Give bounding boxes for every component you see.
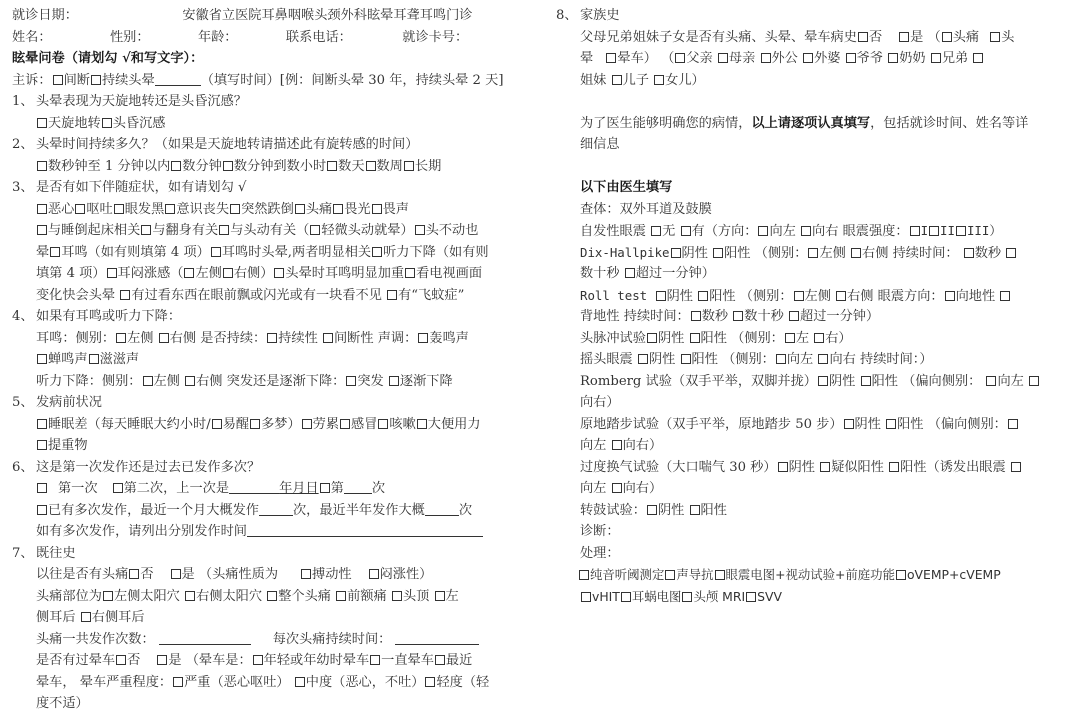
- checkbox-fatigue[interactable]: [302, 419, 312, 429]
- option-mother: 母亲: [729, 51, 760, 66]
- q5-question: 5、发病前状况: [12, 392, 532, 414]
- checkbox-tinnitus[interactable]: [50, 247, 60, 257]
- option-blackout: 眼发黑: [125, 202, 165, 217]
- checkbox-dreams[interactable]: [250, 419, 260, 429]
- count-suffix: 次: [459, 503, 472, 518]
- checkbox-vertex[interactable]: [392, 591, 402, 601]
- checkbox-hearing-gradual[interactable]: [389, 376, 399, 386]
- q3-question: 3、是否有如下伴随症状，如有请划勾 √: [12, 177, 532, 199]
- option-roll-geo: 向地性: [956, 289, 1000, 304]
- checkbox-roll-tens[interactable]: [733, 311, 743, 321]
- blank-headache-duration[interactable]: [395, 631, 479, 645]
- option-tympanometry: 声导抗: [676, 567, 713, 582]
- option-right-temple: 右侧太阳穴: [196, 589, 266, 604]
- q7-motion-row-3: 度不适）: [12, 693, 532, 709]
- option-stepping-neg: 阴性: [855, 417, 886, 432]
- option-fullness-left: 左侧: [195, 266, 221, 281]
- q8-text: 家族史: [580, 8, 620, 23]
- option-tinnitus: 耳鸣（如有则填第 4 项）: [61, 245, 210, 260]
- checkbox-right-temple[interactable]: [185, 591, 195, 601]
- checkbox-motion-yes[interactable]: [157, 655, 167, 665]
- option-continuous: 持续头晕: [102, 73, 155, 88]
- checkbox-mri[interactable]: [682, 592, 692, 602]
- checkbox-lifting[interactable]: [37, 440, 47, 450]
- stepping-label: 原地踏步试验（双手平举，原地踏步 50 步）: [580, 417, 843, 432]
- option-still-dizzy: 头不动也: [426, 223, 479, 238]
- option-roll-secs: 数秒: [702, 309, 733, 324]
- checkbox-eng[interactable]: [715, 570, 725, 580]
- rotating-drum-row: 转鼓试验：阴性 阳性: [556, 500, 1068, 522]
- q2-text: 头晕时间持续多久？（如果是天旋地转请描述此有旋转感的时间）: [36, 137, 418, 152]
- option-paternal-grandma: 奶奶: [899, 51, 930, 66]
- checkbox-maternal-grandma[interactable]: [803, 53, 813, 63]
- checkbox-tone-cicada[interactable]: [37, 354, 47, 364]
- checkbox-headache-no[interactable]: [129, 569, 139, 579]
- option-roll-left: 左侧: [805, 289, 836, 304]
- q8-row-2: 晕 晕车） （父亲 母亲 外公 外婆 爷爷 奶奶 兄弟: [556, 48, 1068, 70]
- checkbox-floaters[interactable]: [387, 290, 397, 300]
- checkbox-phonophobia[interactable]: [372, 204, 382, 214]
- checkbox-turn-related[interactable]: [141, 225, 151, 235]
- option-hearing-gradual: 逐渐下降: [400, 374, 453, 389]
- checkbox-forehead[interactable]: [336, 591, 346, 601]
- checkbox-roll-ageo[interactable]: [1000, 291, 1010, 301]
- checkbox-cough[interactable]: [378, 419, 388, 429]
- checkbox-roll-right[interactable]: [836, 291, 846, 301]
- blank-halfyear-count[interactable]: [425, 502, 459, 516]
- checkbox-second-episode[interactable]: [113, 483, 123, 493]
- checkbox-vhit[interactable]: [581, 592, 591, 602]
- checkbox-cold[interactable]: [340, 419, 350, 429]
- checkbox-paternal-grandpa[interactable]: [846, 53, 856, 63]
- checkbox-roll-neg[interactable]: [656, 291, 666, 301]
- checkbox-pure-tone[interactable]: [579, 570, 589, 580]
- tests-row-2: vHIT耳蜗电图头颅 MRISVV: [556, 586, 1068, 608]
- checkbox-hyperv-pos[interactable]: [889, 462, 899, 472]
- spontaneous-nystagmus-row: 自发性眼震 无 有（方向：向左 向右 眼震强度：IIIIII）: [556, 220, 1068, 242]
- roll-test-label: Roll test: [580, 288, 655, 303]
- checkbox-dix-tens[interactable]: [1006, 248, 1016, 258]
- checkbox-dix-over[interactable]: [625, 268, 635, 278]
- checkbox-maternal-grandpa[interactable]: [761, 53, 771, 63]
- head-shake-label: 摇头眼震: [580, 352, 637, 367]
- checkbox-hyperv-right[interactable]: [612, 483, 622, 493]
- tests-row-1: 纯音听阈测定声导抗眼震电图+视动试验+前庭功能oVEMP+cVEMP: [556, 564, 1068, 586]
- q3-number: 3、: [12, 177, 36, 199]
- q3-row-5: 变化快会头晕 有过看东西在眼前飘或闪光或有一块看不见 有“飞蚊症”: [12, 285, 532, 307]
- checkbox-spont-has[interactable]: [681, 226, 691, 236]
- checkbox-drum-pos[interactable]: [690, 505, 700, 515]
- checkbox-tinnitus-left[interactable]: [116, 333, 126, 343]
- option-spont-left: 向左: [769, 224, 800, 239]
- checkbox-tv-dizzy[interactable]: [405, 268, 415, 278]
- option-paternal-grandpa: 爷爷: [857, 51, 888, 66]
- blank-episode-list[interactable]: [247, 523, 483, 537]
- checkbox-family-yes[interactable]: [899, 32, 909, 42]
- checkbox-hyperv-neg[interactable]: [778, 462, 788, 472]
- option-spont-right: 向右 眼震强度：: [812, 224, 909, 239]
- checkbox-hyperv-susp[interactable]: [820, 462, 830, 472]
- checkbox-tinnitus-worse[interactable]: [274, 268, 284, 278]
- checkbox-dix-right[interactable]: [851, 248, 861, 258]
- option-tv-dizzy: 看电视画面: [416, 266, 482, 281]
- q2-question: 2、头晕时间持续多久？（如果是天旋地转请描述此有旋转感的时间）: [12, 134, 532, 156]
- option-father: 父亲: [686, 51, 717, 66]
- checkbox-tinnitus-related[interactable]: [211, 247, 221, 257]
- checkbox-stepping-neg[interactable]: [844, 419, 854, 429]
- option-distending: 闷涨性）: [380, 567, 433, 582]
- checkbox-poor-sleep[interactable]: [37, 419, 47, 429]
- checkbox-tinnitus-persistent[interactable]: [267, 333, 277, 343]
- checkbox-vemp[interactable]: [896, 570, 906, 580]
- checkbox-tinnitus-right[interactable]: [159, 333, 169, 343]
- checkbox-headache-yes[interactable]: [171, 569, 181, 579]
- option-photophobia: 畏光: [344, 202, 370, 217]
- checkbox-tinnitus-intermittent[interactable]: [323, 333, 333, 343]
- q4-tinnitus-row: 耳鸣：侧别：左侧 右侧 是否持续：持续性 间断性 声调：轰鸣声: [12, 328, 532, 350]
- q3-row-1: 恶心呕吐眼发黑意识丧失突然跌倒头痛畏光畏声: [12, 199, 532, 221]
- checkbox-headache[interactable]: [295, 204, 305, 214]
- checkbox-hearing-loss[interactable]: [372, 247, 382, 257]
- checkbox-duration-long[interactable]: [404, 161, 414, 171]
- checkbox-motion-mild[interactable]: [425, 677, 435, 687]
- checkbox-left-temple[interactable]: [103, 591, 113, 601]
- checkbox-father[interactable]: [675, 53, 685, 63]
- option-headache-yes: 是 （头痛性质为: [182, 567, 279, 582]
- checkbox-fall[interactable]: [230, 204, 240, 214]
- q7-location-row-2: 侧耳后 右侧耳后: [12, 607, 532, 629]
- checkbox-hit-pos[interactable]: [690, 333, 700, 343]
- checkbox-motion-moderate[interactable]: [295, 677, 305, 687]
- checkbox-motion-young[interactable]: [253, 655, 263, 665]
- option-vemp: oVEMP+cVEMP: [907, 567, 1001, 582]
- q3-row-4: 填第 4 项）耳闷涨感（左侧右侧）头晕时耳鸣明显加重看电视画面: [12, 263, 532, 285]
- checkbox-duration-days[interactable]: [327, 161, 337, 171]
- checkbox-lightheaded[interactable]: [102, 118, 112, 128]
- q5-text: 发病前状况: [36, 395, 102, 410]
- checkbox-shake-pos[interactable]: [681, 354, 691, 364]
- option-duration-minutes: 数分钟: [182, 159, 222, 174]
- q1-question: 1、头晕表现为天旋地转还是头昏沉感？: [12, 91, 532, 113]
- checkbox-mother[interactable]: [718, 53, 728, 63]
- option-head-motion: 与头动有关（: [230, 223, 309, 238]
- option-dreams: 多梦）: [261, 417, 301, 432]
- checkbox-dix-neg[interactable]: [671, 248, 681, 258]
- blank-last-episode[interactable]: [229, 480, 279, 494]
- checkbox-motion-no[interactable]: [116, 655, 126, 665]
- option-tone-roar: 轰鸣声: [429, 331, 469, 346]
- tinnitus-side-label: 耳鸣：侧别：: [36, 331, 115, 346]
- q7-motion-row-2: 晕车， 晕车严重程度：严重（恶心呕吐） 中度（恶心，不吐）轻度（轻: [12, 672, 532, 694]
- option-dix-left: 左侧: [819, 246, 850, 261]
- treatment-row: 处理：: [556, 543, 1068, 565]
- option-brother: 兄弟: [942, 51, 973, 66]
- name-label: 姓名：: [12, 30, 52, 45]
- option-wakes-easily: 易醒: [223, 417, 249, 432]
- checkbox-right-postauricular[interactable]: [81, 612, 91, 622]
- checkbox-fullness-left[interactable]: [184, 268, 194, 278]
- option-hit-pos: 阳性 （侧别：: [701, 331, 784, 346]
- checkbox-ecochg[interactable]: [621, 592, 631, 602]
- checkbox-dix-left[interactable]: [808, 248, 818, 258]
- option-hyperv-right: 向右）: [623, 481, 663, 496]
- spacer: [556, 91, 1068, 113]
- checkbox-stepping-left[interactable]: [1008, 419, 1018, 429]
- checkbox-paternal-grandma[interactable]: [888, 53, 898, 63]
- checkbox-whole-head[interactable]: [267, 591, 277, 601]
- option-floaters: 有“飞蚊症”: [398, 288, 464, 303]
- headache-duration-label: 每次头痛持续时间：: [273, 632, 392, 647]
- checkbox-multiple-episodes[interactable]: [37, 505, 47, 515]
- checkbox-son[interactable]: [612, 75, 622, 85]
- option-throbbing: 搏动性: [312, 567, 352, 582]
- q6-row-1: 第一次第二次，上一次是年月日第次: [12, 478, 532, 500]
- checkbox-spont-left[interactable]: [758, 226, 768, 236]
- checkbox-head-motion[interactable]: [219, 225, 229, 235]
- option-family-dizzy: 头: [1001, 30, 1014, 45]
- checkbox-motion-recent[interactable]: [435, 655, 445, 665]
- checkbox-still-dizzy[interactable]: [415, 225, 425, 235]
- checkbox-tone-hiss[interactable]: [89, 354, 99, 364]
- option-pure-tone: 纯音听阈测定: [590, 567, 664, 582]
- checkbox-intermittent[interactable]: [53, 75, 63, 85]
- checkbox-sister[interactable]: [973, 53, 983, 63]
- option-whole-head: 整个头痛: [278, 589, 335, 604]
- q7-motion-row-1: 是否有过晕车否是 （晕车是：年轻或年幼时晕车一直晕车最近: [12, 650, 532, 672]
- questionnaire-title: 眩晕问卷（请划勾 √和写文字）：: [12, 48, 532, 70]
- checkbox-tympanometry[interactable]: [665, 570, 675, 580]
- option-motion-mild-cont: 度不适）: [36, 696, 89, 709]
- option-tinnitus-related: 耳鸣时头晕,两者明显相关: [222, 245, 371, 260]
- checkbox-throbbing[interactable]: [301, 569, 311, 579]
- checkbox-nth-episode[interactable]: [320, 483, 330, 493]
- checkbox-spont-none[interactable]: [651, 226, 661, 236]
- headache-history-label: 以往是否有头痛: [36, 567, 128, 582]
- nth-suffix: 次: [372, 481, 385, 496]
- option-dix-pos: 阳性 （侧别：: [724, 246, 807, 261]
- option-fullness-right: 右侧）: [234, 266, 274, 281]
- option-headache: 头痛: [306, 202, 332, 217]
- checkbox-bed-related[interactable]: [37, 225, 47, 235]
- checkbox-hyperv-left[interactable]: [1011, 462, 1021, 472]
- visit-date-label: 就诊日期：: [12, 8, 78, 23]
- checkbox-left-postauricular[interactable]: [435, 591, 445, 601]
- option-nausea: 恶心: [48, 202, 74, 217]
- stepping-row-2: 向左 向右）: [556, 435, 1068, 457]
- blank-duration[interactable]: [155, 72, 201, 86]
- option-duration-hours: 数分钟到数小时: [234, 159, 326, 174]
- checkbox-romberg-right[interactable]: [1029, 376, 1039, 386]
- option-stepping-pos: 阳性 （偏向侧别：: [897, 417, 1007, 432]
- checkbox-romberg-left[interactable]: [986, 376, 996, 386]
- option-son: 儿子: [623, 73, 654, 88]
- checkbox-nausea[interactable]: [37, 204, 47, 214]
- half-year-label: 次，最近半年发作大概: [293, 503, 425, 518]
- checkbox-romberg-pos[interactable]: [861, 376, 871, 386]
- checkbox-continuous[interactable]: [91, 75, 101, 85]
- checkbox-hit-left[interactable]: [785, 333, 795, 343]
- checkbox-shake-left[interactable]: [776, 354, 786, 364]
- option-headache-no: 否: [140, 567, 153, 582]
- q4-question: 4、如果有耳鸣或听力下降：: [12, 306, 532, 328]
- hospital-title: 安徽省立医院耳鼻咽喉头颈外科眩晕耳聋耳鸣门诊: [182, 8, 472, 23]
- tinnitus-tone-label: 声调：: [378, 331, 418, 346]
- checkbox-hit-right[interactable]: [814, 333, 824, 343]
- option-roll-neg: 阴性: [667, 289, 698, 304]
- checkbox-tone-roar[interactable]: [418, 333, 428, 343]
- checkbox-photophobia[interactable]: [333, 204, 343, 214]
- notice-text-bold: 以上请逐项认真填写: [751, 116, 870, 131]
- phone-label: 联系电话：: [286, 30, 352, 45]
- checkbox-hit-neg[interactable]: [647, 333, 657, 343]
- checkbox-wakes-easily[interactable]: [212, 419, 222, 429]
- option-dix-right: 右侧 持续时间：: [862, 246, 963, 261]
- checkbox-family-carsick[interactable]: [606, 53, 616, 63]
- checkbox-roll-over[interactable]: [789, 311, 799, 321]
- option-hearing-right: 右侧: [196, 374, 227, 389]
- checkbox-romberg-neg[interactable]: [818, 376, 828, 386]
- checkbox-intensity-1[interactable]: [910, 226, 920, 236]
- blank-headache-count[interactable]: [159, 631, 251, 645]
- checkbox-distending[interactable]: [369, 569, 379, 579]
- checkbox-duration-seconds[interactable]: [37, 161, 47, 171]
- checkbox-hearing-right[interactable]: [185, 376, 195, 386]
- checkbox-hearing-sudden[interactable]: [346, 376, 356, 386]
- checkbox-duration-minutes[interactable]: [171, 161, 181, 171]
- option-shake-left: 向左: [787, 352, 818, 367]
- checkbox-intensity-3[interactable]: [956, 226, 966, 236]
- romberg-row-2: 向右）: [556, 392, 1068, 414]
- checkbox-first-episode[interactable]: [37, 483, 47, 493]
- option-tinnitus-intermittent: 间断性: [334, 331, 378, 346]
- q8-number: 8、: [556, 5, 580, 27]
- option-tone-cicada: 蝉鸣声: [48, 352, 88, 367]
- checkbox-straining[interactable]: [417, 419, 427, 429]
- q4-tone-row: 蝉鸣声滋滋声: [12, 349, 532, 371]
- checkbox-duration-weeks[interactable]: [366, 161, 376, 171]
- option-motion-yes: 是 （晕车是：: [168, 653, 251, 668]
- option-roll-right: 右侧 眼震方向：: [847, 289, 944, 304]
- option-hyperv-neg: 阴性: [789, 460, 820, 475]
- checkbox-slight-motion[interactable]: [310, 225, 320, 235]
- option-hyperv-susp: 疑似阳性: [831, 460, 888, 475]
- option-shake-right: 向右 持续时间：）: [829, 352, 932, 367]
- q5-row-1: 睡眠差（每天睡眠大约小时/易醒多梦）劳累感冒咳嗽大便用力: [12, 414, 532, 436]
- checkbox-shake-neg[interactable]: [638, 354, 648, 364]
- option-spont-has: 有（方向：: [692, 224, 758, 239]
- option-stepping-right: 向右）: [623, 438, 663, 453]
- checkbox-unconscious[interactable]: [165, 204, 175, 214]
- checkbox-roll-geo[interactable]: [945, 291, 955, 301]
- header-row-2: 姓名： 性别： 年龄： 联系电话： 就诊卡号：: [12, 27, 532, 49]
- checkbox-motion-always[interactable]: [370, 655, 380, 665]
- option-cough: 咳嗽: [389, 417, 415, 432]
- checkbox-family-no[interactable]: [858, 32, 868, 42]
- q6-row-3: 如有多次发作，请列出分别发作时间: [12, 521, 532, 543]
- checkbox-brother[interactable]: [931, 53, 941, 63]
- option-shake-pos: 阳性 （侧别：: [692, 352, 775, 367]
- hearing-side-label: 听力下降：侧别：: [36, 374, 142, 389]
- checkbox-fullness-right[interactable]: [223, 268, 233, 278]
- option-fall: 突然跌倒: [241, 202, 294, 217]
- checkbox-blackout[interactable]: [114, 204, 124, 214]
- option-tinnitus-left: 左侧: [127, 331, 158, 346]
- notice-text-a: 为了医生能够明确您的病情，: [580, 116, 751, 131]
- option-poor-sleep: 睡眠差（每天睡眠大约小时/: [48, 417, 211, 432]
- option-bed-related: 与睡倒起床相关: [48, 223, 140, 238]
- checkbox-family-dizzy[interactable]: [990, 32, 1000, 42]
- checkbox-hearing-left[interactable]: [143, 376, 153, 386]
- left-column: 就诊日期： 安徽省立医院耳鼻咽喉头颈外科眩晕耳聋耳鸣门诊 姓名： 性别： 年龄：…: [12, 5, 532, 709]
- romberg-row-1: Romberg 试验（双手平举，双脚并拢）阴性 阳性 （偏向侧别： 向左: [556, 371, 1068, 393]
- option-hearing-loss-cont: 填第 4 项）: [36, 266, 106, 281]
- hyperventilation-label: 过度换气试验（大口喘气 30 秒）: [580, 460, 777, 475]
- q8-row-1: 父母兄弟姐妹子女是否有头痛、头晕、晕车病史否是 （头痛 头: [556, 27, 1068, 49]
- checkbox-family-headache[interactable]: [942, 32, 952, 42]
- q1-options: 天旋地转头昏沉感: [12, 113, 532, 135]
- option-still-dizzy-cont: 晕: [36, 245, 49, 260]
- checkbox-roll-pos[interactable]: [698, 291, 708, 301]
- q6-text: 这是第一次发作还是过去已发作多次？: [36, 460, 260, 475]
- blank-nth[interactable]: [344, 480, 372, 494]
- checkbox-ear-fullness[interactable]: [107, 268, 117, 278]
- option-romberg-right: 向右）: [580, 395, 620, 410]
- checkbox-shake-right[interactable]: [818, 354, 828, 364]
- option-duration-days: 数天: [338, 159, 364, 174]
- checkbox-dix-pos[interactable]: [713, 248, 723, 258]
- checkbox-motion-severe[interactable]: [173, 677, 183, 687]
- checkbox-dix-secs[interactable]: [964, 248, 974, 258]
- q1-number: 1、: [12, 91, 36, 113]
- option-dix-secs: 数秒: [975, 246, 1006, 261]
- checkbox-duration-hours[interactable]: [223, 161, 233, 171]
- checkbox-stepping-right[interactable]: [612, 440, 622, 450]
- checkbox-visual-disturbance[interactable]: [120, 290, 130, 300]
- checkbox-roll-left[interactable]: [794, 291, 804, 301]
- option-slight-motion: 轻微头动就晕）: [321, 223, 413, 238]
- age-label: 年龄：: [198, 30, 238, 45]
- option-second-episode: 第二次，上一次是: [124, 481, 230, 496]
- checkbox-daughter[interactable]: [654, 75, 664, 85]
- blank-month-count[interactable]: [259, 502, 293, 516]
- q7-text: 既往史: [36, 546, 76, 561]
- roll-test-row-1: Roll test 阴性 阳性 （侧别：左侧 右侧 眼震方向：向地性: [556, 285, 1068, 307]
- checkbox-stepping-pos[interactable]: [886, 419, 896, 429]
- option-left-temple: 左侧太阳穴: [114, 589, 184, 604]
- q6-question: 6、这是第一次发作还是过去已发作多次？: [12, 457, 532, 479]
- checkbox-intensity-2[interactable]: [929, 226, 939, 236]
- option-tv-dizzy-cont: 变化快会头晕: [36, 288, 119, 303]
- checkbox-vomit[interactable]: [75, 204, 85, 214]
- option-straining: 大便用力: [428, 417, 481, 432]
- checkbox-spont-right[interactable]: [801, 226, 811, 236]
- checkbox-roll-secs[interactable]: [691, 311, 701, 321]
- q4-hearing-row: 听力下降：侧别：左侧 右侧 突发还是逐渐下降：突发 逐渐下降: [12, 371, 532, 393]
- episode-list-label: 如有多次发作，请列出分别发作时间: [36, 524, 247, 539]
- option-sister: 姐妹: [580, 73, 611, 88]
- option-visual-disturbance: 有过看东西在眼前飘或闪光或有一块看不见: [131, 288, 386, 303]
- option-motion-mild: 轻度（轻: [436, 675, 489, 690]
- q1-text: 头晕表现为天旋地转还是头昏沉感？: [36, 94, 247, 109]
- chief-complaint-label: 主诉：: [12, 73, 52, 88]
- physical-exam-row: 查体：双外耳道及鼓膜: [556, 199, 1068, 221]
- checkbox-svv[interactable]: [746, 592, 756, 602]
- option-mri: 头颅 MRI: [693, 589, 745, 604]
- checkbox-vertigo[interactable]: [37, 118, 47, 128]
- checkbox-drum-neg[interactable]: [647, 505, 657, 515]
- q8-question: 8、家族史: [556, 5, 1068, 27]
- option-spont-none: 无: [662, 224, 679, 239]
